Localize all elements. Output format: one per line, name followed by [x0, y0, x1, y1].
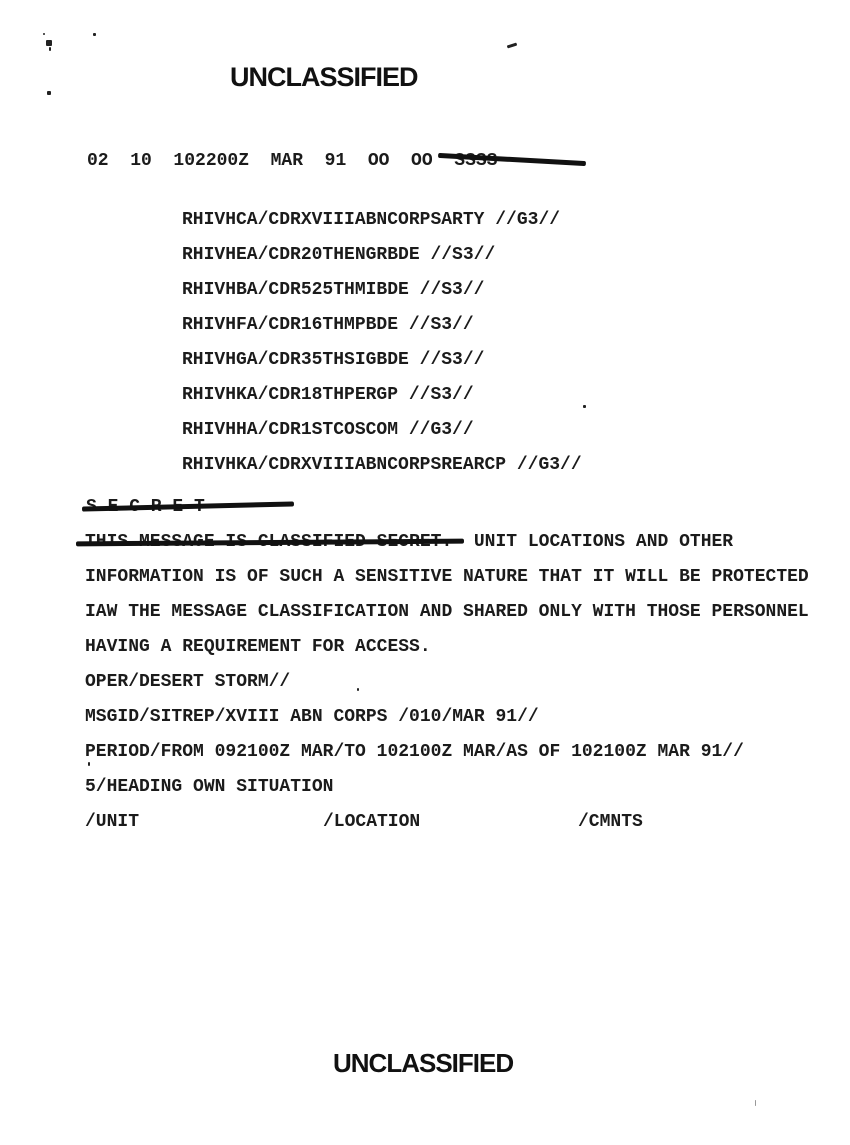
- message-header-line: 02 10 102200Z MAR 91 OO OO SSSS: [87, 144, 497, 179]
- addressee-line: RHIVHBA/CDR525THMIBDE //S3//: [182, 273, 582, 308]
- addressee-line: RHIVHEA/CDR20THENGRBDE //S3//: [182, 238, 582, 273]
- addressee-line: RHIVHGA/CDR35THSIGBDE //S3//: [182, 343, 582, 378]
- body-line: OPER/DESERT STORM//: [85, 665, 290, 700]
- scan-speck: [755, 1100, 756, 1106]
- addressee-line: RHIVHCA/CDRXVIIIABNCORPSARTY //G3//: [182, 203, 582, 238]
- scan-speck: [357, 688, 359, 691]
- scan-speck: [583, 405, 586, 408]
- body-line: MSGID/SITREP/XVIII ABN CORPS /010/MAR 91…: [85, 700, 539, 735]
- scan-speck: [507, 43, 517, 49]
- body-line: INFORMATION IS OF SUCH A SENSITIVE NATUR…: [85, 560, 809, 595]
- scan-speck: [46, 40, 52, 46]
- scan-speck: [47, 91, 51, 95]
- addressee-line: RHIVHKA/CDR18THPERGP //S3//: [182, 378, 582, 413]
- classification-header: UNCLASSIFIED: [230, 62, 418, 93]
- scan-speck: [49, 47, 51, 51]
- addressee-line: RHIVHHA/CDR1STCOSCOM //G3//: [182, 413, 582, 448]
- column-unit: /UNIT: [85, 805, 139, 840]
- document-page: UNCLASSIFIED 02 10 102200Z MAR 91 OO OO …: [0, 0, 850, 1145]
- body-line: HAVING A REQUIREMENT FOR ACCESS.: [85, 630, 431, 665]
- struck-sentence: THIS MESSAGE IS CLASSIFIED SECRET.: [85, 525, 452, 560]
- body-line: IAW THE MESSAGE CLASSIFICATION AND SHARE…: [85, 595, 809, 630]
- struck-classification-line: S E C R E T: [86, 490, 205, 525]
- column-cmnts: /CMNTS: [578, 805, 643, 840]
- column-location: /LOCATION: [323, 805, 420, 840]
- scan-speck: [43, 33, 45, 35]
- header-line-text: 02 10 102200Z MAR 91 OO OO: [87, 151, 454, 171]
- sentence-continuation: UNIT LOCATIONS AND OTHER: [452, 532, 733, 552]
- redacted-routing-code: SSSS: [454, 144, 497, 179]
- addressee-list: RHIVHCA/CDRXVIIIABNCORPSARTY //G3// RHIV…: [182, 203, 582, 483]
- addressee-line: RHIVHFA/CDR16THMPBDE //S3//: [182, 308, 582, 343]
- scan-speck: [93, 33, 96, 36]
- body-line: 5/HEADING OWN SITUATION: [85, 770, 333, 805]
- classification-footer: UNCLASSIFIED: [333, 1048, 513, 1079]
- body-line: PERIOD/FROM 092100Z MAR/TO 102100Z MAR/A…: [85, 735, 744, 770]
- body-line-struck-sentence: THIS MESSAGE IS CLASSIFIED SECRET. UNIT …: [85, 525, 733, 560]
- addressee-line: RHIVHKA/CDRXVIIIABNCORPSREARCP //G3//: [182, 448, 582, 483]
